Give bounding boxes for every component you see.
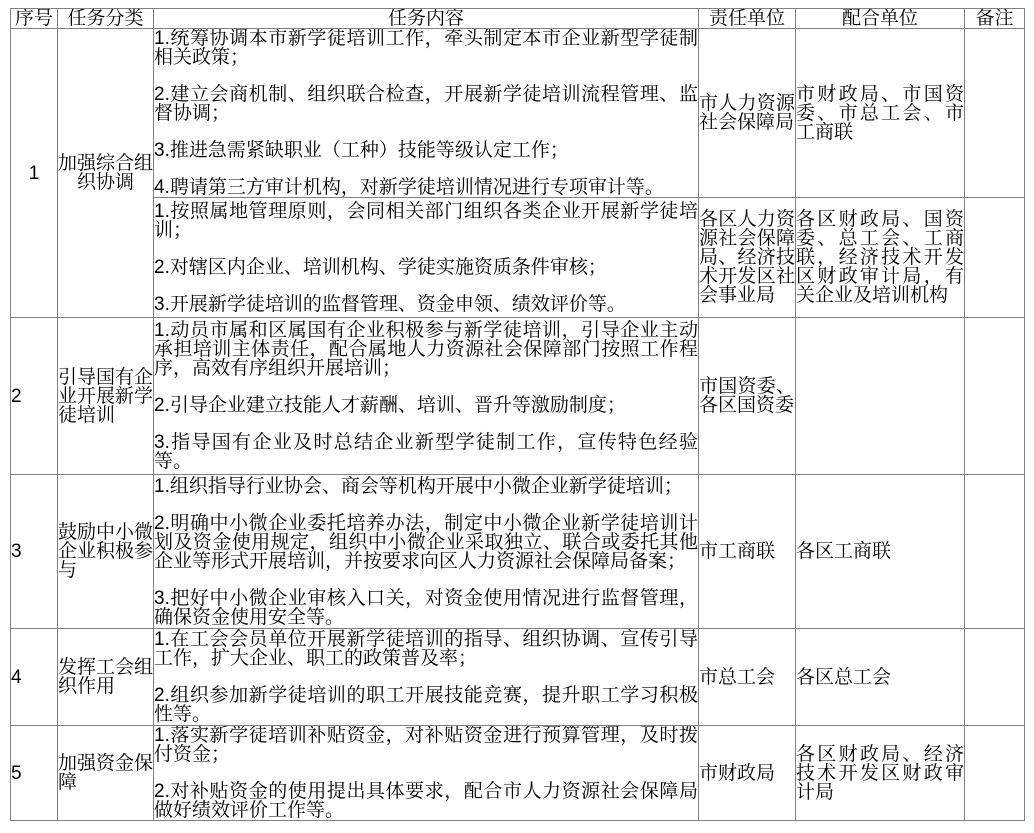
- cooperating-cell: 各区财政局、国资委、总工会、工商联，经济技术开发区财政审计局，有关企业及培训机构: [796, 198, 965, 318]
- task-item: 2.对辖区内企业、培训机构、学徒实施资质条件审核；: [154, 258, 698, 277]
- col-header-category: 任务分类: [58, 9, 154, 29]
- task-item: 3.把好中小微企业审核入口关，对资金使用情况进行监督管理，确保资金使用安全等。: [154, 589, 698, 627]
- task-item: 3.指导国有企业及时总结企业新型学徒制工作，宣传特色经验等。: [154, 433, 698, 471]
- col-header-responsible: 责任单位: [699, 9, 796, 29]
- table-row-1b: 1.按照属地管理原则，会同相关部门组织各类企业开展新学徒培训； 2.对辖区内企业…: [11, 198, 1025, 318]
- task-item: 1.动员市属和区属国有企业积极参与新学徒培训，引导企业主动承担培训主体责任，配合…: [154, 321, 698, 378]
- task-item: 3.开展新学徒培训的监督管理、资金申领、绩效评价等。: [154, 295, 698, 314]
- table-row-3: 3 鼓励中小微企业积极参与 1.组织指导行业协会、商会等机构开展中小微企业新学徒…: [11, 475, 1025, 629]
- task-item: 1.按照属地管理原则，会同相关部门组织各类企业开展新学徒培训；: [154, 202, 698, 240]
- serial-cell: 1: [11, 29, 58, 318]
- col-header-cooperating: 配合单位: [796, 9, 965, 29]
- task-item: 2.明确中小微企业委托培养办法，制定中小微企业新学徒培训计划及资金使用规定，组织…: [154, 514, 698, 571]
- tasks-cell: 1.按照属地管理原则，会同相关部门组织各类企业开展新学徒培训； 2.对辖区内企业…: [154, 198, 699, 318]
- task-item: 4.聘请第三方审计机构，对新学徒培训情况进行专项审计等。: [154, 178, 698, 197]
- serial-cell: 3: [11, 475, 58, 629]
- tasks-cell: 1.组织指导行业协会、商会等机构开展中小微企业新学徒培训； 2.明确中小微企业委…: [154, 475, 699, 629]
- tasks-cell: 1.落实新学徒培训补贴资金，对补贴资金进行预算管理，及时拨付资金； 2.对补贴资…: [154, 726, 699, 821]
- serial-cell: 4: [11, 629, 58, 726]
- table-row-2: 2 引导国有企业开展新学徒培训 1.动员市属和区属国有企业积极参与新学徒培训，引…: [11, 318, 1025, 475]
- task-item: 1.在工会会员单位开展新学徒培训的指导、组织协调、宣传引导工作，扩大企业、职工的…: [154, 630, 698, 668]
- task-item: 2.组织参加新学徒培训的职工开展技能竞赛，提升职工学习积极性等。: [154, 686, 698, 724]
- task-item: 1.组织指导行业协会、商会等机构开展中小微企业新学徒培训；: [154, 477, 698, 496]
- task-item: 2.建立会商机制、组织联合检查，开展新学徒培训流程管理、监督协调；: [154, 85, 698, 123]
- table-header-row: 序号 任务分类 任务内容 责任单位 配合单位 备注: [11, 9, 1025, 29]
- col-header-remark: 备注: [965, 9, 1025, 29]
- remark-cell: [965, 475, 1025, 629]
- task-item: 2.对补贴资金的使用提出具体要求，配合市人力资源社会保障局做好绩效评价工作等。: [154, 782, 698, 820]
- category-cell: 加强综合组织协调: [58, 29, 154, 318]
- task-item: 3.推进急需紧缺职业（工种）技能等级认定工作；: [154, 141, 698, 160]
- responsible-cell: 市工商联: [699, 475, 796, 629]
- cooperating-cell: 各区总工会: [796, 629, 965, 726]
- serial-cell: 5: [11, 726, 58, 821]
- remark-cell: [965, 29, 1025, 198]
- col-header-serial: 序号: [11, 9, 58, 29]
- remark-cell: [965, 726, 1025, 821]
- responsible-cell: 市人力资源社会保障局: [699, 29, 796, 198]
- table-row-4: 4 发挥工会组织作用 1.在工会会员单位开展新学徒培训的指导、组织协调、宣传引导…: [11, 629, 1025, 726]
- category-cell: 鼓励中小微企业积极参与: [58, 475, 154, 629]
- cooperating-cell: 各区工商联: [796, 475, 965, 629]
- category-cell: 发挥工会组织作用: [58, 629, 154, 726]
- responsible-cell: 市国资委、各区国资委: [699, 318, 796, 475]
- task-item: 1.统筹协调本市新学徒培训工作，牵头制定本市企业新型学徒制相关政策；: [154, 29, 698, 67]
- table-row-1a: 1 加强综合组织协调 1.统筹协调本市新学徒培训工作，牵头制定本市企业新型学徒制…: [11, 29, 1025, 198]
- serial-cell: 2: [11, 318, 58, 475]
- tasks-cell: 1.统筹协调本市新学徒培训工作，牵头制定本市企业新型学徒制相关政策； 2.建立会…: [154, 29, 699, 198]
- responsible-cell: 市总工会: [699, 629, 796, 726]
- task-assignment-table: 序号 任务分类 任务内容 责任单位 配合单位 备注 1 加强综合组织协调 1.统…: [10, 8, 1025, 821]
- remark-cell: [965, 629, 1025, 726]
- tasks-cell: 1.在工会会员单位开展新学徒培训的指导、组织协调、宣传引导工作，扩大企业、职工的…: [154, 629, 699, 726]
- remark-cell: [965, 198, 1025, 318]
- task-item: 1.落实新学徒培训补贴资金，对补贴资金进行预算管理，及时拨付资金；: [154, 726, 698, 764]
- category-cell: 加强资金保障: [58, 726, 154, 821]
- document-sheet: 序号 任务分类 任务内容 责任单位 配合单位 备注 1 加强综合组织协调 1.统…: [0, 0, 1034, 821]
- cooperating-cell: 各区财政局、经济技术开发区财政审计局: [796, 726, 965, 821]
- col-header-content: 任务内容: [154, 9, 699, 29]
- category-cell: 引导国有企业开展新学徒培训: [58, 318, 154, 475]
- responsible-cell: 市财政局: [699, 726, 796, 821]
- cooperating-cell: 市财政局、市国资委、市总工会、市工商联: [796, 29, 965, 198]
- tasks-cell: 1.动员市属和区属国有企业积极参与新学徒培训，引导企业主动承担培训主体责任，配合…: [154, 318, 699, 475]
- cooperating-cell: [796, 318, 965, 475]
- responsible-cell: 各区人力资源社会保障局、经济技术开发区社会事业局: [699, 198, 796, 318]
- task-item: 2.引导企业建立技能人才薪酬、培训、晋升等激励制度；: [154, 396, 698, 415]
- table-row-5: 5 加强资金保障 1.落实新学徒培训补贴资金，对补贴资金进行预算管理，及时拨付资…: [11, 726, 1025, 821]
- remark-cell: [965, 318, 1025, 475]
